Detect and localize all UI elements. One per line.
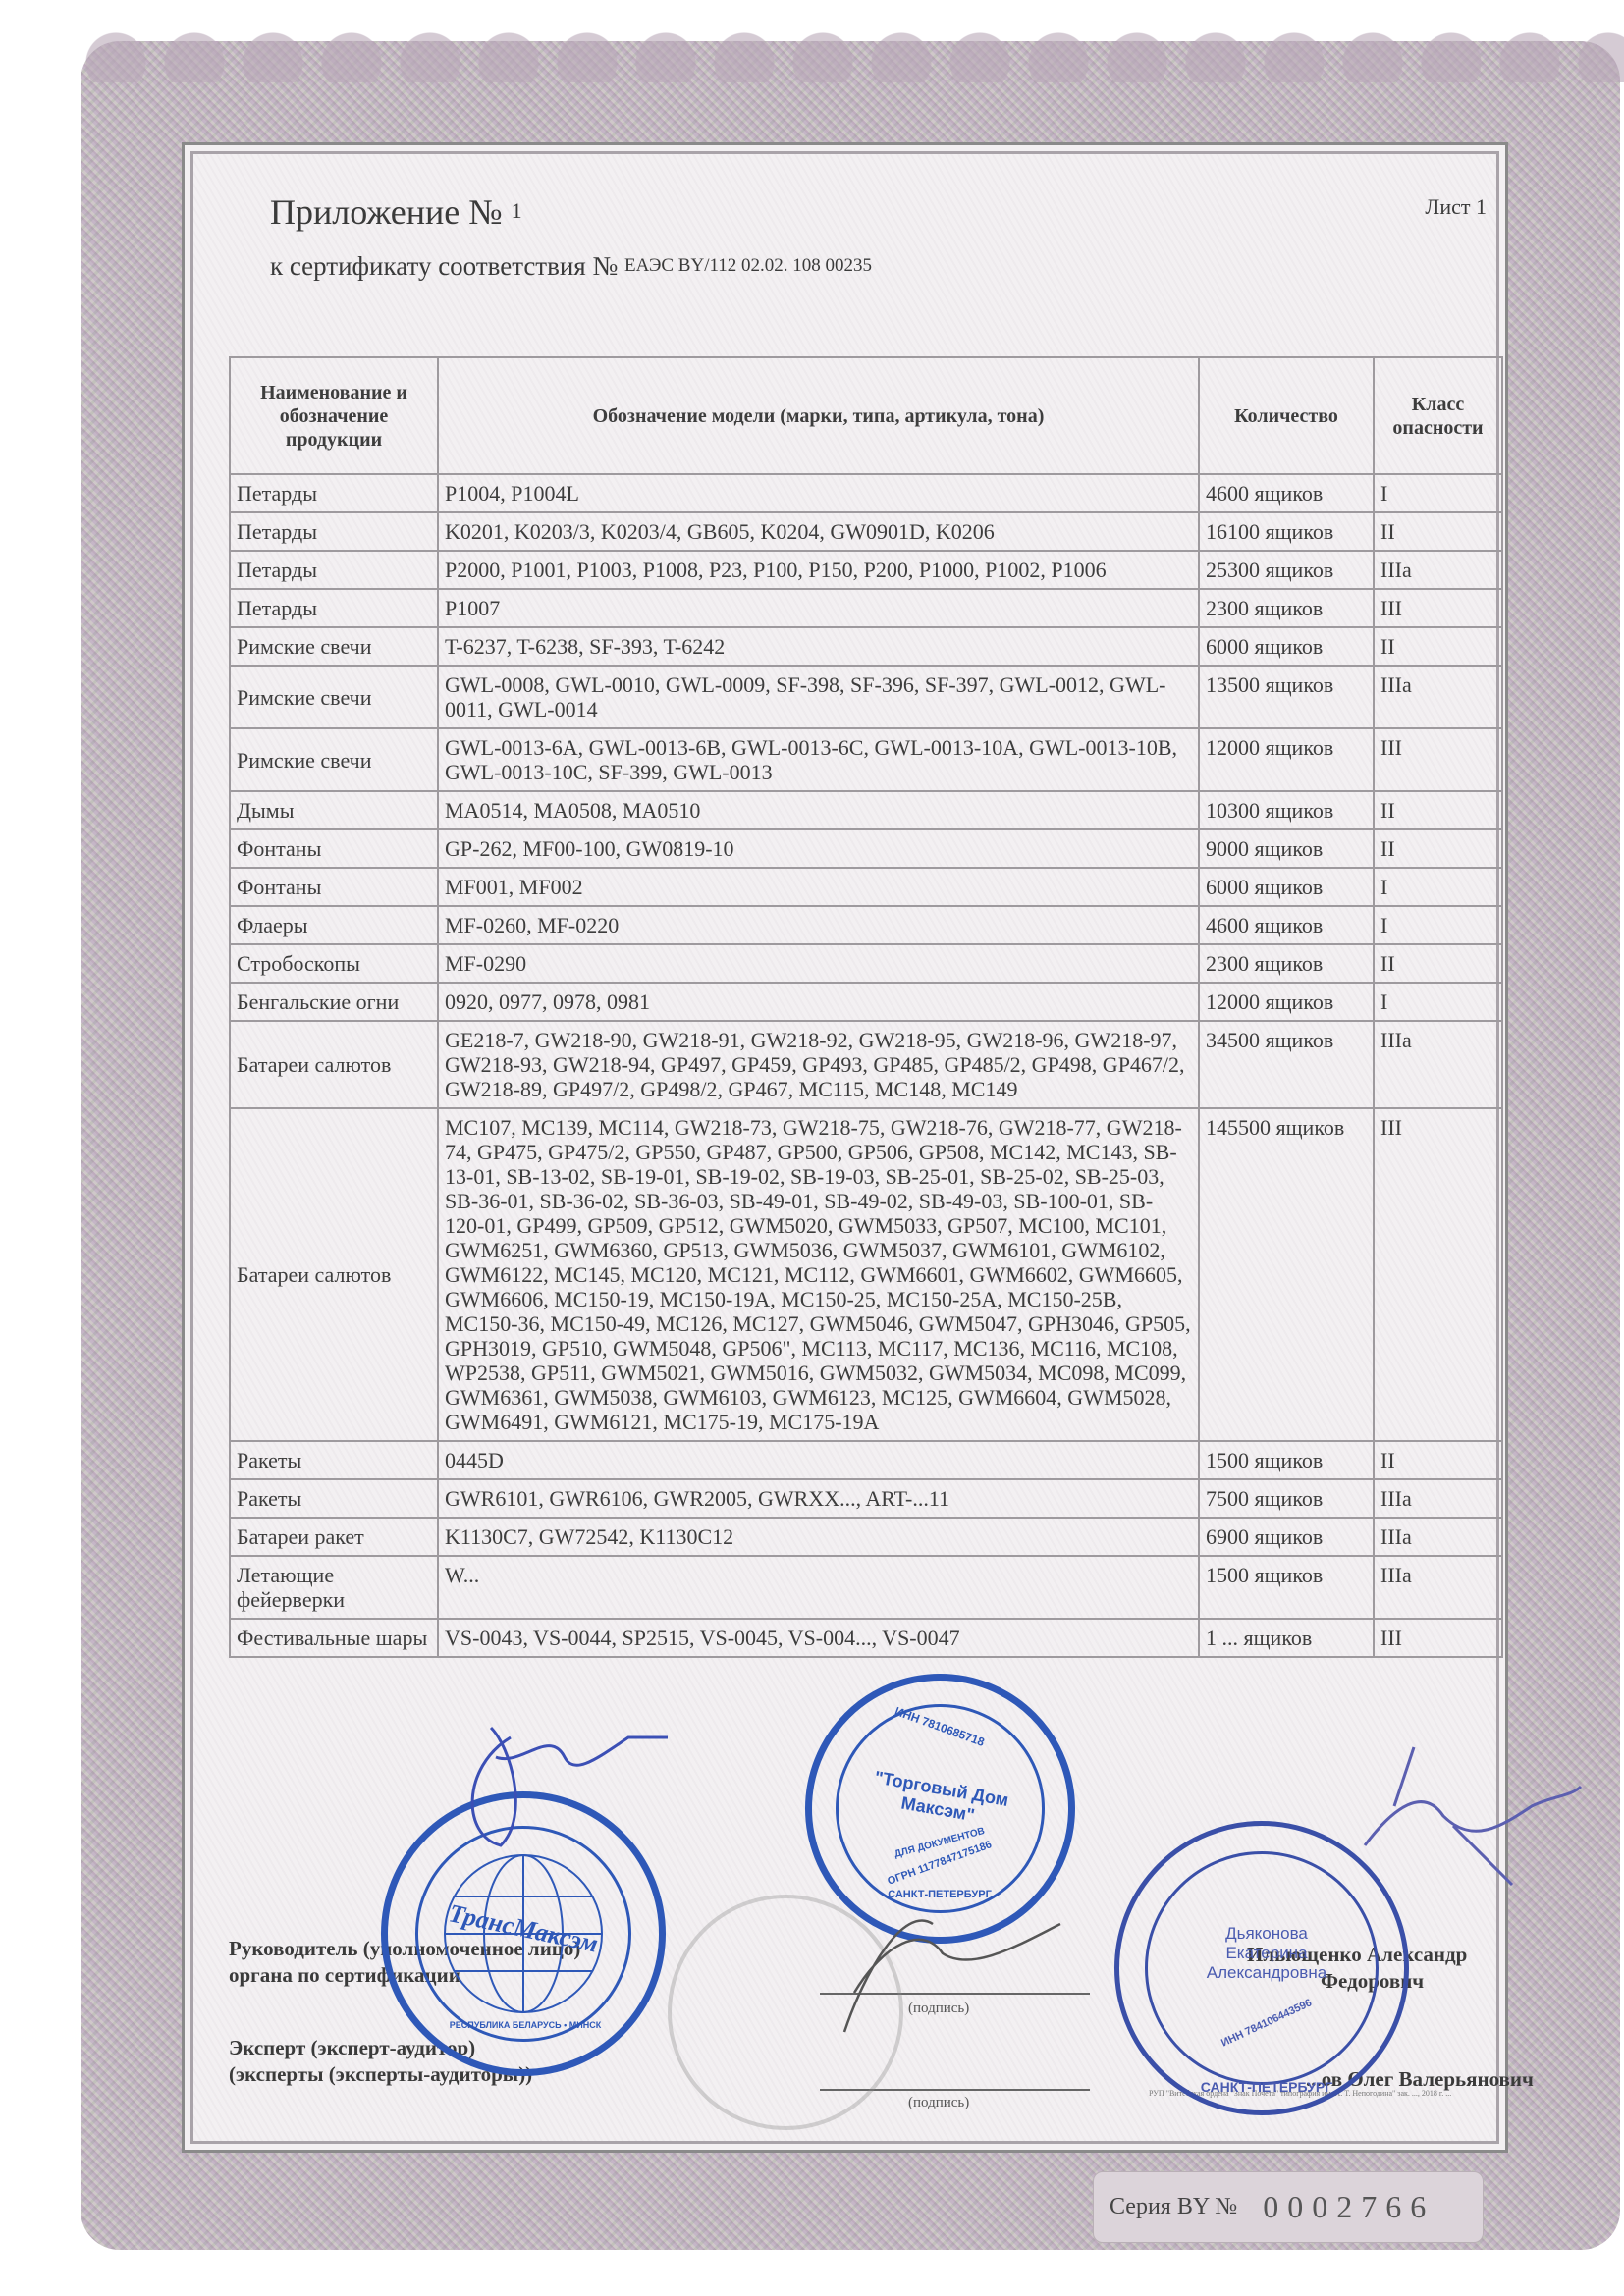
- cell-quantity: 2300 ящиков: [1199, 944, 1374, 983]
- cell-models: VS-0043, VS-0044, SP2515, VS-0045, VS-00…: [438, 1619, 1199, 1657]
- cell-product: Римские свечи: [230, 666, 438, 728]
- cell-hazard-class: II: [1374, 512, 1502, 551]
- cell-hazard-class: I: [1374, 983, 1502, 1021]
- cell-hazard-class: IIIa: [1374, 1021, 1502, 1108]
- cell-product: Летающие фейерверки: [230, 1556, 438, 1619]
- cell-models: GWR6101, GWR6106, GWR2005, GWRXX..., ART…: [438, 1479, 1199, 1518]
- annex-title-text: Приложение №: [270, 192, 503, 232]
- table-row: Римские свечиGWL-0008, GWL-0010, GWL-000…: [230, 666, 1502, 728]
- table-row: ФонтаныMF001, MF0026000 ящиковI: [230, 868, 1502, 906]
- table-row: СтробоскопыMF-02902300 ящиковII: [230, 944, 1502, 983]
- cell-product: Ракеты: [230, 1479, 438, 1518]
- table-row: Батареи салютовMC107, MC139, MC114, GW21…: [230, 1108, 1502, 1441]
- column-header-model: Обозначение модели (марки, типа, артикул…: [438, 357, 1199, 474]
- cell-product: Петарды: [230, 589, 438, 627]
- cell-models: MC107, MC139, MC114, GW218-73, GW218-75,…: [438, 1108, 1199, 1441]
- cell-hazard-class: IIIa: [1374, 666, 1502, 728]
- table-row: ПетардыK0201, K0203/3, K0203/4, GB605, K…: [230, 512, 1502, 551]
- stamp-transmaxem-bottom: РЕСПУБЛИКА БЕЛАРУСЬ • МИНСК: [432, 2020, 619, 2030]
- cell-product: Фонтаны: [230, 868, 438, 906]
- cell-product: Римские свечи: [230, 728, 438, 791]
- cell-models: P2000, P1001, P1003, P1008, P23, P100, P…: [438, 551, 1199, 589]
- cell-quantity: 12000 ящиков: [1199, 983, 1374, 1021]
- cell-hazard-class: II: [1374, 944, 1502, 983]
- certificate-reference: к сертификату соответствия № ЕАЭС BY/112…: [270, 251, 872, 282]
- sheet-label: Лист 1: [1425, 194, 1487, 220]
- cell-models: MF-0290: [438, 944, 1199, 983]
- table-row: Римские свечиGWL-0013-6A, GWL-0013-6B, G…: [230, 728, 1502, 791]
- cell-quantity: 6000 ящиков: [1199, 868, 1374, 906]
- cell-quantity: 13500 ящиков: [1199, 666, 1374, 728]
- cell-quantity: 12000 ящиков: [1199, 728, 1374, 791]
- cell-quantity: 6900 ящиков: [1199, 1518, 1374, 1556]
- cell-hazard-class: II: [1374, 829, 1502, 868]
- cell-product: Фонтаны: [230, 829, 438, 868]
- cell-hazard-class: I: [1374, 474, 1502, 512]
- annex-number: 1: [512, 198, 522, 223]
- cell-quantity: 1500 ящиков: [1199, 1441, 1374, 1479]
- cell-quantity: 145500 ящиков: [1199, 1108, 1374, 1441]
- cell-models: GP-262, MF00-100, GW0819-10: [438, 829, 1199, 868]
- cell-quantity: 34500 ящиков: [1199, 1021, 1374, 1108]
- cell-models: 0920, 0977, 0978, 0981: [438, 983, 1199, 1021]
- cell-hazard-class: I: [1374, 906, 1502, 944]
- table-row: Римские свечиT-6237, T-6238, SF-393, T-6…: [230, 627, 1502, 666]
- table-row: ДымыMA0514, MA0508, MA051010300 ящиковII: [230, 791, 1502, 829]
- stamp-individual-entrepreneur: Дьяконова Екатерина Александровна ИНН 78…: [1114, 1821, 1409, 2115]
- cell-quantity: 2300 ящиков: [1199, 589, 1374, 627]
- cell-quantity: 10300 ящиков: [1199, 791, 1374, 829]
- cell-product: Батареи салютов: [230, 1021, 438, 1108]
- products-table: Наименование и обозначение продукции Обо…: [229, 356, 1503, 1658]
- cell-hazard-class: IIIa: [1374, 1556, 1502, 1619]
- cell-quantity: 9000 ящиков: [1199, 829, 1374, 868]
- cell-product: Бенгальские огни: [230, 983, 438, 1021]
- cell-models: MF001, MF002: [438, 868, 1199, 906]
- column-header-quantity: Количество: [1199, 357, 1374, 474]
- head-signature-caption: (подпись): [908, 2001, 969, 2017]
- table-row: Батареи ракетK1130C7, GW72542, K1130C126…: [230, 1518, 1502, 1556]
- annex-title: Приложение № 1: [270, 191, 522, 233]
- cell-models: MA0514, MA0508, MA0510: [438, 791, 1199, 829]
- cell-models: GE218-7, GW218-90, GW218-91, GW218-92, G…: [438, 1021, 1199, 1108]
- cell-hazard-class: IIIa: [1374, 1518, 1502, 1556]
- table-row: Летающие фейерверкиW...1500 ящиковIIIa: [230, 1556, 1502, 1619]
- cell-quantity: 4600 ящиков: [1199, 906, 1374, 944]
- stamp-trading-house-maxem: ИНН 7810685718 "Торговый Дом Максэм" ДЛЯ…: [805, 1674, 1075, 1944]
- table-row: ПетардыP2000, P1001, P1003, P1008, P23, …: [230, 551, 1502, 589]
- series-number-box: Серия BY № 0002766: [1093, 2171, 1484, 2243]
- cell-product: Петарды: [230, 551, 438, 589]
- series-label: Серия BY №: [1110, 2194, 1237, 2220]
- cell-hazard-class: III: [1374, 589, 1502, 627]
- stamp-name-line2: Екатерина: [1183, 1944, 1350, 1963]
- cell-hazard-class: IIIa: [1374, 551, 1502, 589]
- cell-product: Римские свечи: [230, 627, 438, 666]
- cell-hazard-class: I: [1374, 868, 1502, 906]
- column-header-hazard-class: Класс опасности: [1374, 357, 1502, 474]
- cell-models: MF-0260, MF-0220: [438, 906, 1199, 944]
- column-header-product: Наименование и обозначение продукции: [230, 357, 438, 474]
- cell-hazard-class: III: [1374, 728, 1502, 791]
- table-row: ПетардыP10072300 ящиковIII: [230, 589, 1502, 627]
- cell-quantity: 1500 ящиков: [1199, 1556, 1374, 1619]
- table-row: РакетыGWR6101, GWR6106, GWR2005, GWRXX..…: [230, 1479, 1502, 1518]
- cell-quantity: 1 ... ящиков: [1199, 1619, 1374, 1657]
- faint-stamp: [668, 1895, 903, 2130]
- cell-models: GWL-0013-6A, GWL-0013-6B, GWL-0013-6C, G…: [438, 728, 1199, 791]
- cell-models: 0445D: [438, 1441, 1199, 1479]
- stamp-transmaxem: ТрансМаксэм РЕСПУБЛИКА БЕЛАРУСЬ • МИНСК: [381, 1791, 666, 2076]
- cell-quantity: 4600 ящиков: [1199, 474, 1374, 512]
- cell-product: Ракеты: [230, 1441, 438, 1479]
- cell-models: P1007: [438, 589, 1199, 627]
- certificate-number: ЕАЭС BY/112 02.02. 108 00235: [624, 255, 872, 276]
- cell-hazard-class: III: [1374, 1619, 1502, 1657]
- cell-models: K0201, K0203/3, K0203/4, GB605, K0204, G…: [438, 512, 1199, 551]
- cell-models: K1130C7, GW72542, K1130C12: [438, 1518, 1199, 1556]
- cell-hazard-class: II: [1374, 1441, 1502, 1479]
- table-row: Ракеты0445D1500 ящиковII: [230, 1441, 1502, 1479]
- table-row: Фестивальные шарыVS-0043, VS-0044, SP251…: [230, 1619, 1502, 1657]
- table-body: ПетардыP1004, P1004L4600 ящиковIПетардыK…: [230, 474, 1502, 1657]
- cell-quantity: 7500 ящиков: [1199, 1479, 1374, 1518]
- cell-product: Батареи салютов: [230, 1108, 438, 1441]
- cell-models: GWL-0008, GWL-0010, GWL-0009, SF-398, SF…: [438, 666, 1199, 728]
- table-row: ФлаерыMF-0260, MF-02204600 ящиковI: [230, 906, 1502, 944]
- cell-product: Стробоскопы: [230, 944, 438, 983]
- cell-product: Дымы: [230, 791, 438, 829]
- expert-signature-caption: (подпись): [908, 2095, 969, 2111]
- cell-hazard-class: IIIa: [1374, 1479, 1502, 1518]
- cell-product: Батареи ракет: [230, 1518, 438, 1556]
- stamp-entrepreneur-city: САНКТ-ПЕТЕРБУРГ: [1178, 2079, 1355, 2095]
- cell-models: T-6237, T-6238, SF-393, T-6242: [438, 627, 1199, 666]
- cell-quantity: 6000 ящиков: [1199, 627, 1374, 666]
- table-row: ФонтаныGP-262, MF00-100, GW0819-109000 я…: [230, 829, 1502, 868]
- table-row: ПетардыP1004, P1004L4600 ящиковI: [230, 474, 1502, 512]
- cell-hazard-class: III: [1374, 1108, 1502, 1441]
- cell-hazard-class: II: [1374, 627, 1502, 666]
- cell-models: P1004, P1004L: [438, 474, 1199, 512]
- stamp-entrepreneur-name: Дьяконова Екатерина Александровна: [1183, 1924, 1350, 1983]
- table-header-row: Наименование и обозначение продукции Обо…: [230, 357, 1502, 474]
- cell-product: Фестивальные шары: [230, 1619, 438, 1657]
- cell-product: Петарды: [230, 512, 438, 551]
- cell-quantity: 16100 ящиков: [1199, 512, 1374, 551]
- cell-product: Флаеры: [230, 906, 438, 944]
- series-number: 0002766: [1263, 2189, 1435, 2225]
- cell-hazard-class: II: [1374, 791, 1502, 829]
- cell-quantity: 25300 ящиков: [1199, 551, 1374, 589]
- table-row: Батареи салютовGE218-7, GW218-90, GW218-…: [230, 1021, 1502, 1108]
- stamp-name-line1: Дьяконова: [1183, 1924, 1350, 1944]
- stamp-city: САНКТ-ПЕТЕРБУРГ: [861, 1889, 1018, 1900]
- certificate-reference-text: к сертификату соответствия №: [270, 251, 618, 281]
- stamp-name-line3: Александровна: [1183, 1963, 1350, 1983]
- cell-models: W...: [438, 1556, 1199, 1619]
- cell-product: Петарды: [230, 474, 438, 512]
- table-row: Бенгальские огни0920, 0977, 0978, 098112…: [230, 983, 1502, 1021]
